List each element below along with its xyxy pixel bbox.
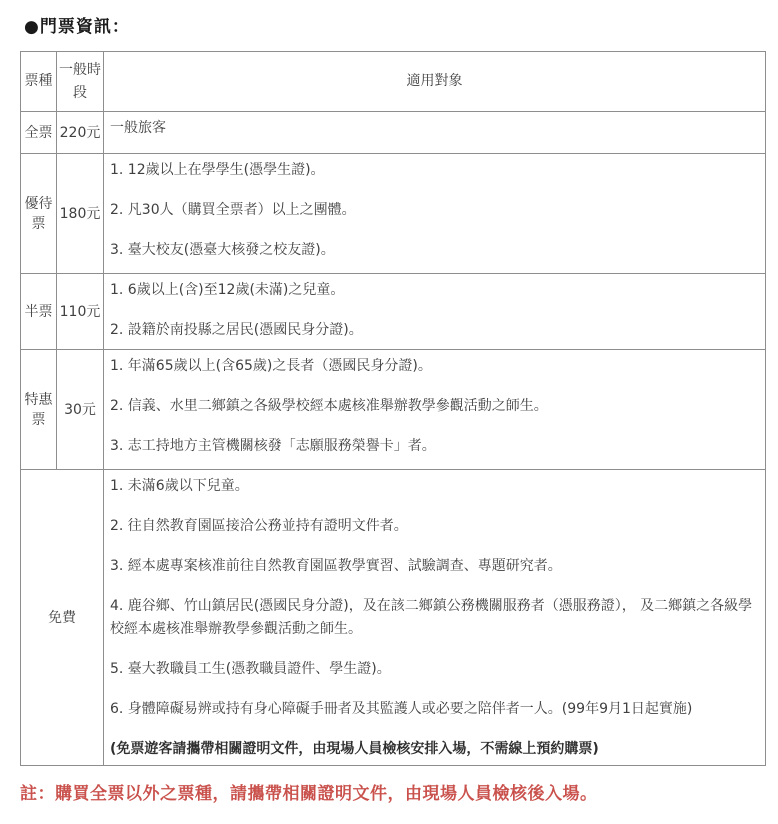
target-item: 4. 鹿谷鄉、竹山鎮居民(憑國民身分證)，及在該二鄉鎮公務機關服務者（憑服務證）… — [110, 595, 759, 641]
target-item: 1. 12歲以上在學學生(憑學生證)。 — [110, 159, 759, 182]
ticket-price: 220元 — [57, 112, 104, 154]
target-item: 2. 凡30人（購買全票者）以上之團體。 — [110, 199, 759, 222]
ticket-target-cell: 1. 12歲以上在學學生(憑學生證)。 2. 凡30人（購買全票者）以上之團體。… — [104, 154, 766, 274]
ticket-type-label: 特惠票 — [21, 350, 57, 470]
ticket-target-cell: 1. 年滿65歲以上(含65歲)之長者（憑國民身分證)。 2. 信義、水里二鄉鎮… — [104, 350, 766, 470]
target-item: 2. 信義、水里二鄉鎮之各級學校經本處核准舉辦教學參觀活動之師生。 — [110, 395, 759, 418]
table-row-full-ticket: 全票 220元 一般旅客 — [21, 112, 766, 154]
target-item: 3. 志工持地方主管機關核發「志願服務榮譽卡」者。 — [110, 435, 759, 458]
target-item: 6. 身體障礙易辨或持有身心障礙手冊者及其監護人或必要之陪伴者一人。(99年9月… — [110, 698, 759, 721]
ticket-info-page: ●門票資訊： 票種 一般時段 適用對象 全票 220元 一般旅客 優待票 180… — [0, 0, 778, 824]
table-row-free-ticket: 免費 1. 未滿6歲以下兒童。 2. 往自然教育園區接洽公務並持有證明文件者。 … — [21, 470, 766, 766]
ticket-type-label: 免費 — [21, 470, 104, 766]
footer-note: 註：購買全票以外之票種，請攜帶相關證明文件，由現場人員檢核後入場。 — [20, 779, 766, 804]
page-title: ●門票資訊： — [24, 12, 766, 37]
ticket-price: 30元 — [57, 350, 104, 470]
target-item: 3. 臺大校友(憑臺大核發之校友證)。 — [110, 239, 759, 262]
target-item: 一般旅客 — [110, 117, 759, 140]
free-ticket-bold-note: (免票遊客請攜帶相關證明文件，由現場人員檢核安排入場，不需線上預約購票) — [110, 738, 759, 761]
column-header-target: 適用對象 — [104, 52, 766, 112]
table-row-half-ticket: 半票 110元 1. 6歲以上(含)至12歲(未滿)之兒童。 2. 設籍於南投縣… — [21, 274, 766, 350]
ticket-target-cell: 1. 6歲以上(含)至12歲(未滿)之兒童。 2. 設籍於南投縣之居民(憑國民身… — [104, 274, 766, 350]
table-header-row: 票種 一般時段 適用對象 — [21, 52, 766, 112]
ticket-target-cell: 1. 未滿6歲以下兒童。 2. 往自然教育園區接洽公務並持有證明文件者。 3. … — [104, 470, 766, 766]
table-row-discount-ticket: 優待票 180元 1. 12歲以上在學學生(憑學生證)。 2. 凡30人（購買全… — [21, 154, 766, 274]
target-item: 1. 6歲以上(含)至12歲(未滿)之兒童。 — [110, 279, 759, 302]
ticket-price-table: 票種 一般時段 適用對象 全票 220元 一般旅客 優待票 180元 1. 12… — [20, 51, 766, 766]
target-item: 2. 設籍於南投縣之居民(憑國民身分證)。 — [110, 319, 759, 342]
ticket-type-label: 全票 — [21, 112, 57, 154]
target-item: 1. 未滿6歲以下兒童。 — [110, 475, 759, 498]
ticket-type-label: 優待票 — [21, 154, 57, 274]
ticket-target-cell: 一般旅客 — [104, 112, 766, 154]
ticket-price: 110元 — [57, 274, 104, 350]
target-item: 5. 臺大教職員工生(憑教職員證件、學生證)。 — [110, 658, 759, 681]
ticket-price: 180元 — [57, 154, 104, 274]
column-header-ticket-type: 票種 — [21, 52, 57, 112]
target-item: 2. 往自然教育園區接洽公務並持有證明文件者。 — [110, 515, 759, 538]
ticket-type-label: 半票 — [21, 274, 57, 350]
column-header-normal-time: 一般時段 — [57, 52, 104, 112]
table-row-special-ticket: 特惠票 30元 1. 年滿65歲以上(含65歲)之長者（憑國民身分證)。 2. … — [21, 350, 766, 470]
target-item: 1. 年滿65歲以上(含65歲)之長者（憑國民身分證)。 — [110, 355, 759, 378]
target-item: 3. 經本處專案核准前往自然教育園區教學實習、試驗調查、專題研究者。 — [110, 555, 759, 578]
